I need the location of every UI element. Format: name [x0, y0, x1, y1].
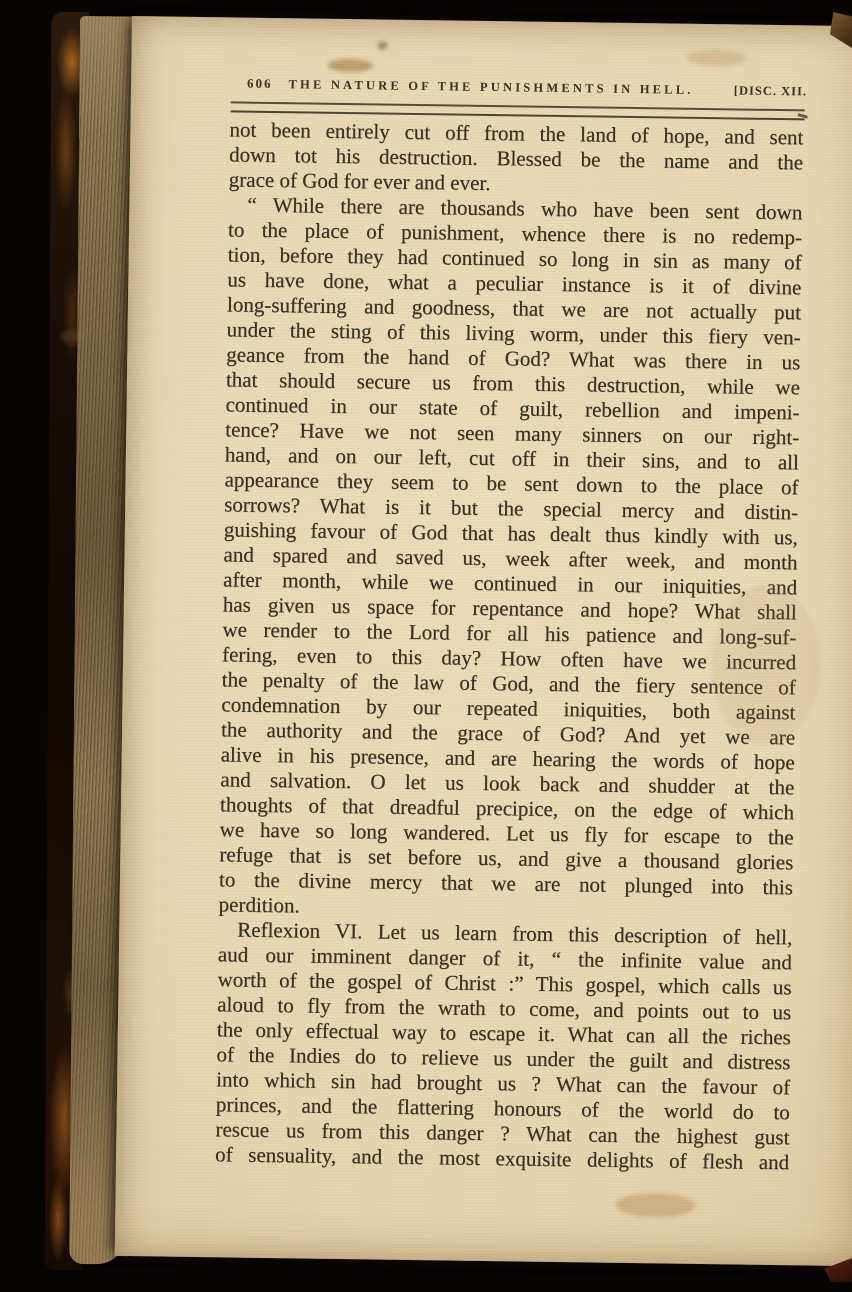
page-header: 606 THE NATURE OF THE PUNISHMENTS IN HEL…: [247, 76, 807, 100]
foxing-spot: [327, 59, 373, 73]
scanned-book-photo: { "book_page": { "header": { "page_numbe…: [0, 0, 852, 1292]
section-label: [DISC. XII.: [734, 83, 807, 99]
foxing-spot: [686, 50, 746, 67]
book-page: 606 THE NATURE OF THE PUNISHMENTS IN HEL…: [115, 16, 852, 1266]
foxing-spot: [378, 41, 388, 49]
foxing-spot: [710, 584, 822, 746]
foxing-spot: [60, 330, 86, 344]
foxing-spot: [615, 1193, 695, 1218]
page-number: 606: [247, 76, 273, 92]
header-rule: [231, 101, 805, 120]
running-title: THE NATURE OF THE PUNISHMENTS IN HELL.: [288, 77, 723, 98]
